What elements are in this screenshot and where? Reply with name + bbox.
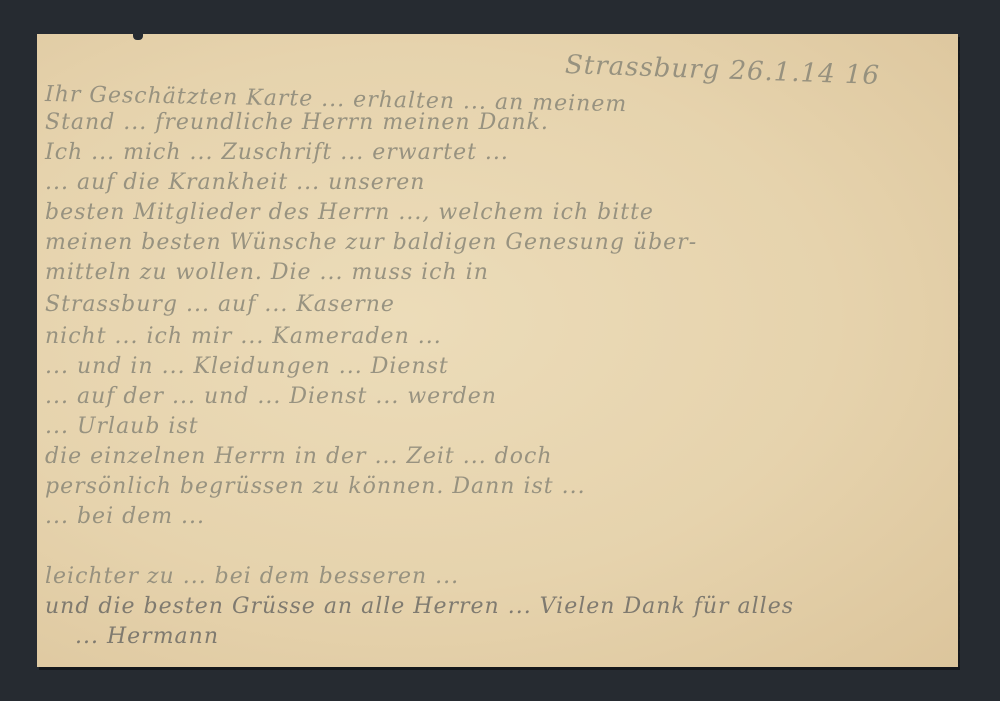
text-line: mitteln zu wollen. Die ... muss ich in	[45, 260, 489, 285]
text-line: die einzelnen Herrn in der ... Zeit ... …	[45, 444, 553, 469]
place-date: Strassburg 26.1.14 16	[564, 50, 880, 91]
text-line: ... bei dem ...	[45, 504, 205, 529]
text-line: ... und in ... Kleidungen ... Dienst	[45, 354, 449, 379]
text-line: ... auf die Krankheit ... unseren	[45, 170, 425, 195]
text-line: ... auf der ... und ... Dienst ... werde…	[45, 384, 497, 409]
text-line: meinen besten Wünsche zur baldigen Genes…	[45, 230, 697, 255]
signature: ... Hermann	[75, 624, 219, 649]
text-line: nicht ... ich mir ... Kameraden ...	[45, 324, 442, 349]
text-line: ... Urlaub ist	[45, 414, 199, 439]
text-line: und die besten Grüsse an alle Herren ...…	[45, 594, 794, 619]
postcard: Strassburg 26.1.14 16 Ihr Geschätzten Ka…	[37, 34, 958, 667]
handwritten-text: Strassburg 26.1.14 16 Ihr Geschätzten Ka…	[45, 42, 948, 659]
paper-notch	[133, 34, 143, 40]
text-line: persönlich begrüssen zu können. Dann ist…	[45, 474, 586, 499]
text-line: leichter zu ... bei dem besseren ...	[45, 564, 459, 589]
perforated-edge	[955, 34, 963, 667]
text-line: Ich ... mich ... Zuschrift ... erwartet …	[45, 140, 509, 165]
text-line: besten Mitglieder des Herrn ..., welchem…	[45, 200, 654, 225]
text-line: Stand ... freundliche Herrn meinen Dank.	[45, 110, 549, 135]
text-line: Strassburg ... auf ... Kaserne	[45, 292, 395, 317]
